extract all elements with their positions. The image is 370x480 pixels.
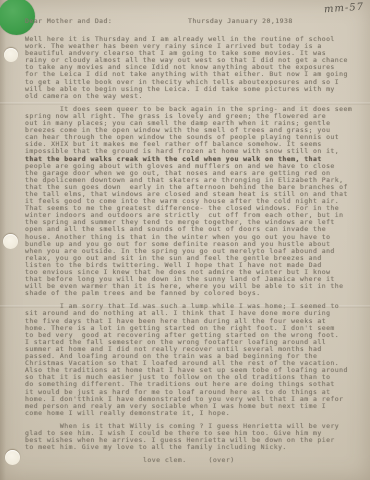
- date-line: Thursday January 20,1938: [188, 17, 293, 25]
- punch-hole-bottom: [5, 450, 20, 465]
- punch-hole-top: [4, 48, 18, 62]
- archival-annotation: mm-57: [324, 2, 365, 16]
- salutation: Dear Mother and Dad:: [25, 17, 112, 25]
- closing-line: love clem. (over): [25, 457, 359, 464]
- paragraph-2-continued: people are going about with gloves and m…: [25, 163, 359, 298]
- letter-body: Well here it is Thursday and I am alread…: [25, 36, 359, 464]
- paragraph-3: I am sorry that Id was such a lump while…: [25, 303, 359, 417]
- scanned-letter-page: mm-57 Dear Mother and Dad: Thursday Janu…: [0, 0, 370, 480]
- punch-hole-middle: [3, 234, 18, 249]
- paragraph-4: When is it that Willy is coming ? I gues…: [25, 423, 359, 451]
- paragraph-1: Well here it is Thursday and I am alread…: [25, 36, 359, 100]
- paragraph-2: It does seem queer to be back again in t…: [25, 106, 359, 156]
